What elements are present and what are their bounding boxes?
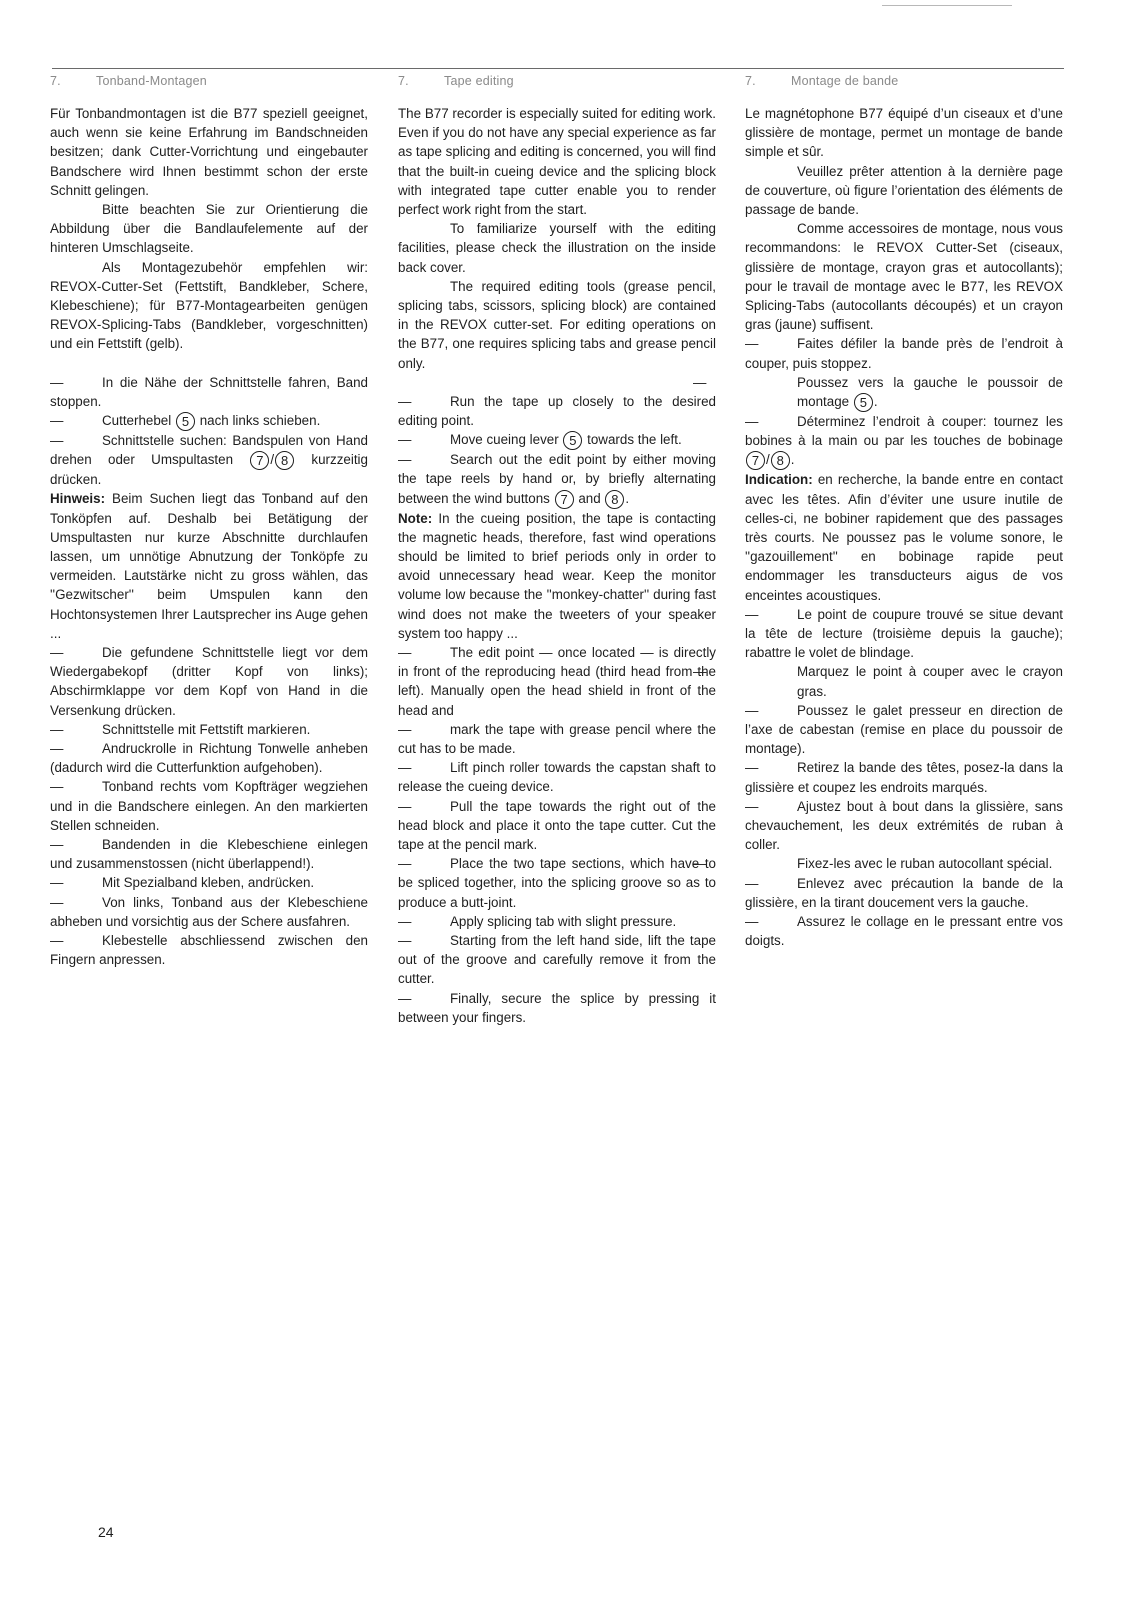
callout-8-icon: 8 [605,490,624,509]
page-number: 24 [98,1524,114,1540]
column-english: 7. Tape editing The B77 recorder is espe… [398,72,716,1027]
callout-5-icon: 5 [176,412,195,431]
note-label: Hinweis: [50,491,105,506]
step-item: —Retirez la bande des têtes, posez-la da… [745,758,1063,796]
intro-paragraph: The required editing tools (grease penci… [398,277,716,373]
section-heading: 7. Montage de bande [745,72,1063,92]
step-item: —Place the two tape sections, which have… [398,854,716,912]
intro-paragraph: Für Tonbandmontagen ist die B77 speziell… [50,104,368,200]
step-item: —Fixez-les avec le ruban autocollant spé… [745,854,1063,873]
step-item: —Search out the edit point by either mov… [398,450,716,508]
callout-7-icon: 7 [746,451,765,470]
step-item: —Schnittstelle mit Fettstift markieren. [50,720,368,739]
step-item: —Ajustez bout à bout dans la glissière, … [745,797,1063,855]
intro-paragraph: To familiarize yourself with the editing… [398,219,716,277]
step-item: —Run the tape up closely to the desired … [398,392,716,430]
note-label: Note: [398,511,432,526]
step-item: —Poussez le galet presseur en direction … [745,701,1063,759]
step-item: —Apply splicing tab with slight pressure… [398,912,716,931]
note-paragraph: Note: In the cueing position, the tape i… [398,509,716,643]
note-paragraph: Hinweis: Beim Suchen liegt das Tonband a… [50,489,368,643]
column-french: 7. Montage de bande Le magnétophone B77 … [745,72,1063,950]
section-title: Montage de bande [791,72,898,91]
intro-paragraph: Als Montagezubehör empfehlen wir: REVOX-… [50,258,368,354]
step-item: —Déterminez l’endroit à couper: tournez … [745,412,1063,470]
note-paragraph: Indication: en recherche, la bande entre… [745,470,1063,604]
step-item: —Mit Spezialband kleben, andrücken. [50,873,368,892]
step-item: —Von links, Tonband aus der Klebeschiene… [50,893,368,931]
step-item: —Assurez le collage en le pressant entre… [745,912,1063,950]
intro-paragraph: Bitte beachten Sie zur Orientierung die … [50,200,368,258]
section-heading: 7. Tonband-Montagen [50,72,368,92]
step-item: —Move cueing lever 5 towards the left. [398,430,716,450]
step-item: —Finally, secure the splice by pressing … [398,989,716,1027]
callout-5-icon: 5 [563,431,582,450]
callout-5-icon: 5 [854,393,873,412]
section-title: Tape editing [444,72,514,91]
step-item: —Cutterhebel 5 nach links schieben. [50,411,368,431]
step-item: —Andruckrolle in Richtung Tonwelle anheb… [50,739,368,777]
section-number: 7. [398,72,444,91]
step-item: —Le point de coupure trouvé se situe dev… [745,605,1063,663]
intro-paragraph: Le magnétophone B77 équipé d’un ciseaux … [745,104,1063,162]
step-item: —The edit point — once located — is dire… [398,643,716,720]
note-label: Indication: [745,472,813,487]
callout-7-icon: 7 [555,490,574,509]
step-item: —Enlevez avec précaution la bande de la … [745,874,1063,912]
step-item: —Marquez le point à couper avec le crayo… [745,662,1063,700]
step-item: —Schnittstelle suchen: Bandspulen von Ha… [50,431,368,489]
step-item: —Tonband rechts vom Kopfträger wegziehen… [50,777,368,835]
section-title: Tonband-Montagen [96,72,207,91]
section-number: 7. [50,72,96,91]
step-item: —Klebestelle abschliessend zwischen den … [50,931,368,969]
step-item: —Lift pinch roller towards the capstan s… [398,758,716,796]
step-item: —Pull the tape towards the right out of … [398,797,716,855]
intro-paragraph: Comme accessoires de montage, nous vous … [745,219,1063,334]
intro-paragraph: Veuillez prêter attention à la dernière … [745,162,1063,220]
callout-8-icon: 8 [275,451,294,470]
step-item: —Die gefundene Schnittstelle liegt vor d… [50,643,368,720]
header-rule [52,68,1064,69]
step-item: —Faites défiler la bande près de l’endro… [745,334,1063,372]
step-item: —Starting from the left hand side, lift … [398,931,716,989]
callout-8-icon: 8 [771,451,790,470]
section-number: 7. [745,72,791,91]
step-item: —Poussez vers la gauche le poussoir de m… [745,373,1063,412]
top-scan-line [882,5,1012,6]
step-item: —In die Nähe der Schnittstelle fahren, B… [50,373,368,411]
callout-7-icon: 7 [250,451,269,470]
step-item: —mark the tape with grease pencil where … [398,720,716,758]
section-heading: 7. Tape editing [398,72,716,92]
column-german: 7. Tonband-Montagen Für Tonbandmontagen … [50,72,368,969]
step-item: —Bandenden in die Klebeschiene einlegen … [50,835,368,873]
intro-paragraph: The B77 recorder is especially suited fo… [398,104,716,219]
